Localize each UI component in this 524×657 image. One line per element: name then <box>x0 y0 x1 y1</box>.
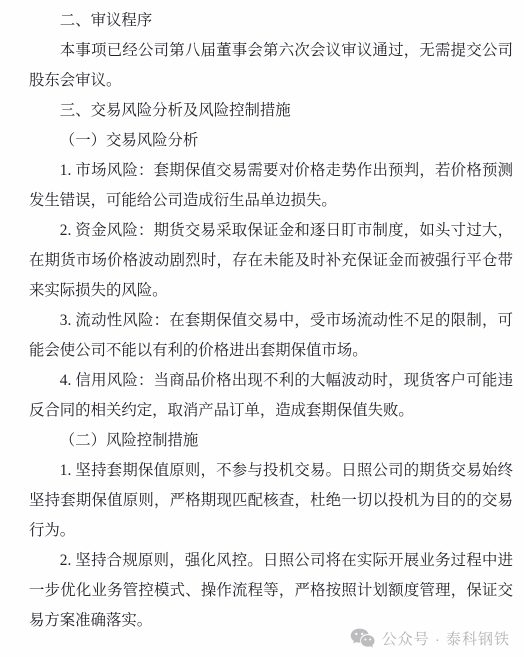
section-heading-review-procedure: 二、审议程序 <box>29 6 513 36</box>
risk-item-market: 1. 市场风险：套期保值交易需要对价格走势作出预判，若价格预测发生错误，可能给公… <box>29 156 513 216</box>
control-item-hedging-principle: 1. 坚持套期保值原则，不参与投机交易。日照公司的期货交易始终坚持套期保值原则，… <box>29 456 513 546</box>
document-page: 二、审议程序 本事项已经公司第八届董事会第六次会议审议通过，无需提交公司股东会审… <box>0 0 524 657</box>
document-body: 二、审议程序 本事项已经公司第八届董事会第六次会议审议通过，无需提交公司股东会审… <box>29 6 513 636</box>
paragraph-board-approval: 本事项已经公司第八届董事会第六次会议审议通过，无需提交公司股东会审议。 <box>29 36 513 96</box>
watermark: 公众号 · 泰科钢铁 <box>350 628 510 649</box>
wechat-icon <box>350 628 375 649</box>
watermark-label: 公众号 · 泰科钢铁 <box>382 628 510 649</box>
risk-item-credit: 4. 信用风险：当商品价格出现不利的大幅波动时，现货客户可能违反合同的相关约定，… <box>29 366 513 426</box>
section-heading-risk-analysis: 三、交易风险分析及风险控制措施 <box>29 96 513 126</box>
risk-item-capital: 2. 资金风险：期货交易采取保证金和逐日盯市制度，如头寸过大，在期货市场价格波动… <box>29 216 513 306</box>
risk-item-liquidity: 3. 流动性风险：在套期保值交易中，受市场流动性不足的限制，可能会使公司不能以有… <box>29 306 513 366</box>
control-item-compliance-principle: 2. 坚持合规原则，强化风控。日照公司将在实际开展业务过程中进一步优化业务管控模… <box>29 546 513 636</box>
subsection-heading-risk-control: （二）风险控制措施 <box>29 426 513 456</box>
subsection-heading-transaction-risk: （一）交易风险分析 <box>29 126 513 156</box>
